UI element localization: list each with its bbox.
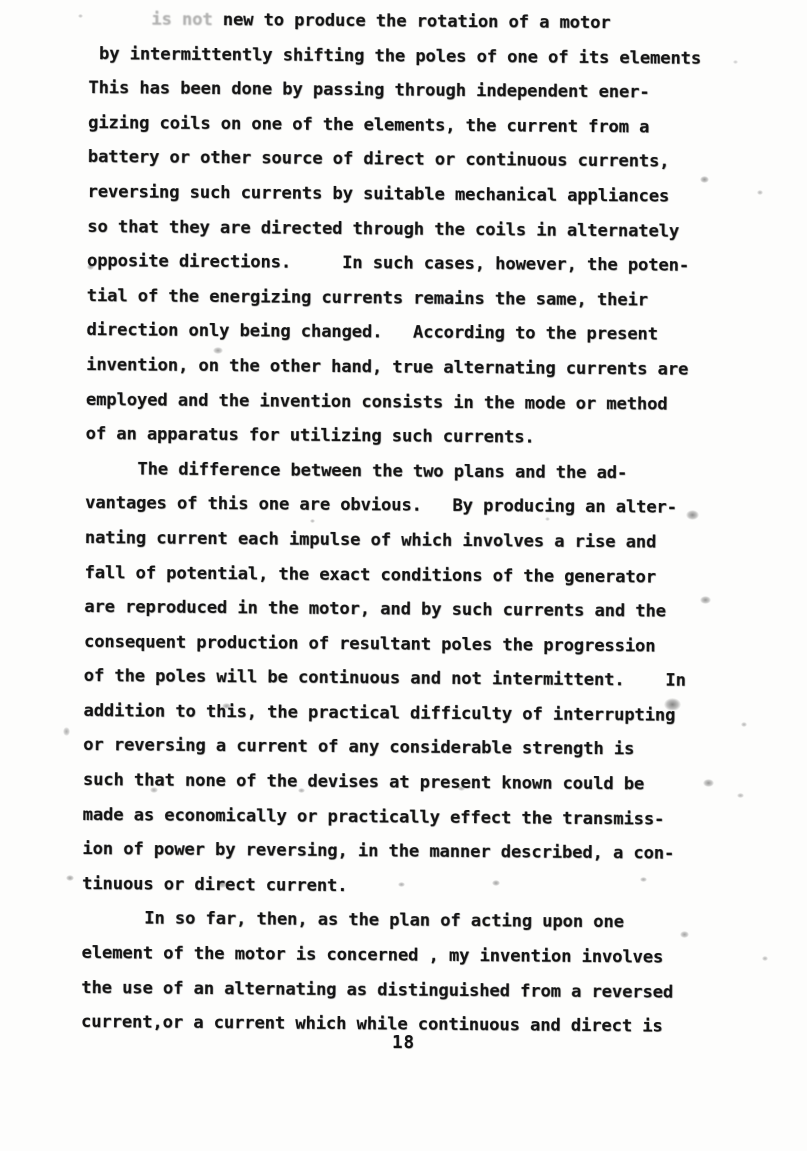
text-line: ion of power by reversing, in the manner… [82,832,695,871]
ink-speck [213,347,223,354]
ink-speck [298,788,305,793]
text-line: the use of an alternating as distinguish… [81,971,694,1010]
ink-speck [222,703,231,709]
ink-speck [66,875,74,881]
ink-speck [87,264,94,270]
text-line: employed and the invention consists in t… [86,383,699,422]
text-line: made as economically or practically effe… [82,798,695,837]
ink-speck [700,596,711,604]
faded-text: is not [151,9,212,29]
ink-speck [733,60,738,64]
text-line: such that none of the devises at present… [83,763,696,802]
text-line: opposite directions. In such cases, howe… [87,244,700,283]
text-line: of an apparatus for utilizing such curre… [85,417,698,456]
ink-speck [664,698,681,711]
text-line: tial of the energizing currents remains … [87,279,700,318]
ink-speck [762,956,768,961]
text-line: is not new to produce the rotation of a … [89,2,702,41]
ink-speck [741,722,747,727]
text-line: of the poles will be continuous and not … [84,659,697,698]
ink-speck [757,190,763,195]
ink-speck [545,517,550,521]
text-line: addition to this, the practical difficul… [83,694,696,733]
text-line: In so far, then, as the plan of acting u… [82,901,695,940]
ink-speck [686,510,699,520]
text-line: so that they are directed through the co… [87,210,700,249]
ink-speck [703,779,714,787]
ink-speck [398,882,405,887]
ink-speck [700,176,709,183]
text-line: by intermittently shifting the poles of … [88,37,701,76]
ink-speck [78,14,83,18]
text-line: tinuous or direct current. [82,867,695,906]
text-block: is not new to produce the rotation of a … [81,2,702,1045]
ink-speck [150,787,158,793]
text-line: invention, on the other hand, true alter… [86,348,699,387]
ink-speck [63,727,70,736]
text-line: or reversing a current of any considerab… [83,728,696,767]
text-line: reversing such currents by suitable mech… [87,175,700,214]
ink-speck [458,786,465,791]
text-line: nating current each impulse of which inv… [85,521,698,560]
text-line: are reproduced in the motor, and by such… [84,590,697,629]
text-line: The difference between the two plans and… [85,452,698,491]
text-line: battery or other source of direct or con… [88,140,701,179]
text-line: This has been done by passing through in… [88,71,701,110]
text-line: gizing coils on one of the elements, the… [88,106,701,145]
text-line: direction only being changed. According … [86,313,699,352]
document-page: is not new to produce the rotation of a … [0,0,807,1151]
text-line: fall of potential, the exact conditions … [84,555,697,594]
ink-speck [737,793,744,798]
ink-speck [492,880,500,886]
ink-speck [310,519,315,523]
page-number: 18 [0,1033,807,1053]
ink-speck [218,881,227,888]
text-line: vantages of this one are obvious. By pro… [85,486,698,525]
ink-speck [680,931,689,938]
text-line: consequent production of resultant poles… [84,625,697,664]
text-line: element of the motor is concerned , my i… [81,936,694,975]
ink-speck [640,877,647,882]
